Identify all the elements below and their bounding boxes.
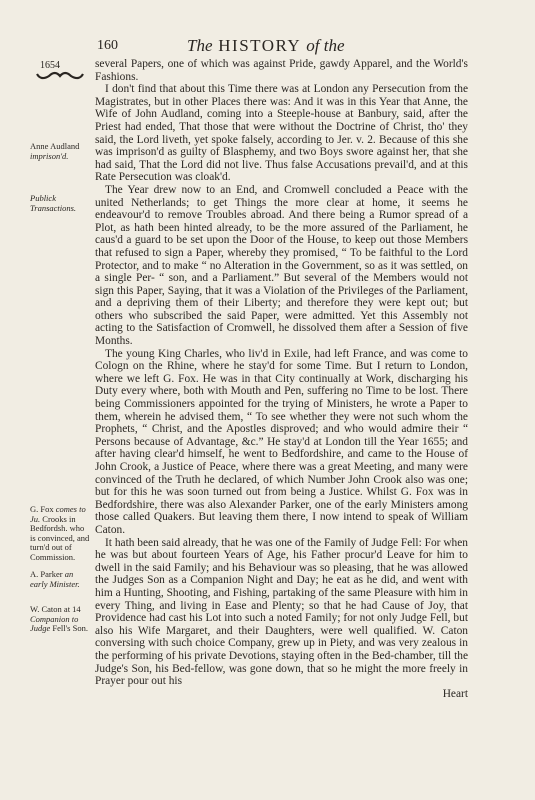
margin-note-audland: Anne Audlandimprison'd. — [30, 142, 92, 161]
running-title: The HISTORY of the — [187, 36, 345, 56]
margin-note-parker: A. Parker an early Minister. — [30, 570, 92, 589]
paragraph: The Year drew now to an End, and Cromwel… — [95, 184, 468, 348]
bracket-ornament-icon — [35, 70, 85, 82]
running-header: 160 The HISTORY of the — [97, 36, 477, 56]
margin-note-caton: W. Caton at 14 Companion to Judge Fell's… — [30, 605, 92, 634]
paragraph: The young King Charles, who liv'd in Exi… — [95, 348, 468, 537]
paragraph: It hath been said already, that he was o… — [95, 537, 468, 688]
paragraph: several Papers, one of which was against… — [95, 58, 468, 83]
margin-note-transactions: Publick Transactions. — [30, 194, 92, 213]
page-number: 160 — [97, 38, 118, 54]
margin-note-fox: G. Fox comes to Ju. Crooks in Bedfordsh.… — [30, 505, 92, 563]
paragraph: I don't find that about this Time there … — [95, 83, 468, 184]
body-text: several Papers, one of which was against… — [95, 58, 468, 700]
book-page: 160 The HISTORY of the 1654 Anne Audland… — [0, 0, 535, 800]
catchword: Heart — [95, 688, 468, 701]
